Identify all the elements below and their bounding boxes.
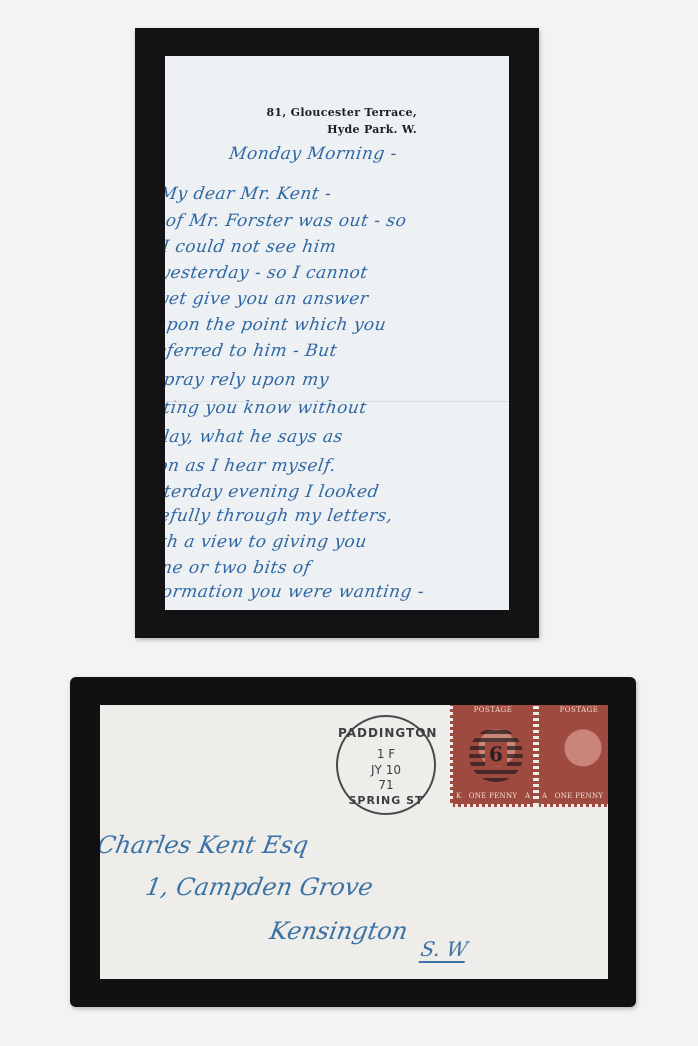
- body-line: pray rely upon my: [165, 370, 330, 390]
- stamp-top-text: POSTAGE: [453, 706, 533, 714]
- body-line: My dear Mr. Kent -: [165, 184, 333, 204]
- letter-paper: 81, Gloucester Terrace, Hyde Park. W. Mo…: [165, 56, 509, 610]
- fold-crease: [165, 401, 509, 403]
- postmark-town: PADDINGTON: [338, 726, 434, 740]
- envelope-paper: PADDINGTON 1 F JY 10 71 SPRING ST POSTAG…: [100, 705, 608, 979]
- body-line: the one or two bits of: [165, 558, 312, 578]
- postmark-date: JY 10: [338, 763, 434, 777]
- letterhead-line-1: 81, Gloucester Terrace,: [266, 104, 417, 121]
- mourning-envelope: PADDINGTON 1 F JY 10 71 SPRING ST POSTAG…: [70, 677, 636, 1007]
- body-line: I could not see him: [165, 237, 338, 257]
- postmark-code: 1 F: [338, 747, 434, 761]
- body-line: soon as I hear myself.: [165, 456, 337, 476]
- body-line: upon the point which you: [165, 315, 388, 335]
- body-line: information you were wanting -: [165, 582, 426, 602]
- address-line: S. W: [419, 937, 470, 963]
- body-line: delay, what he says as: [165, 427, 344, 447]
- dateline: Monday Morning -: [228, 144, 399, 164]
- body-line: referred to him - But: [165, 341, 338, 361]
- postmark: PADDINGTON 1 F JY 10 71 SPRING ST: [336, 715, 436, 815]
- numeral-cancel: 6: [469, 728, 523, 782]
- stamp-value-text: ONE PENNY: [539, 792, 608, 800]
- cancel-number: 6: [485, 742, 507, 766]
- body-line: Yesterday evening I looked: [165, 482, 380, 502]
- stamp-corner-letter: A: [525, 792, 530, 800]
- address-line: 1, Campden Grove: [143, 873, 375, 901]
- body-line: carefully through my letters,: [165, 506, 394, 526]
- address-line: Charles Kent Esq: [100, 831, 311, 859]
- letterhead-line-2: Hyde Park. W.: [266, 121, 417, 138]
- mourning-letter: 81, Gloucester Terrace, Hyde Park. W. Mo…: [135, 28, 539, 638]
- address-line: Kensington: [268, 917, 410, 945]
- body-line: with a view to giving you: [165, 532, 368, 552]
- penny-red-stamp: POSTAGE 6 K ONE PENNY A: [450, 705, 536, 807]
- penny-red-stamp: POSTAGE A ONE PENNY K: [536, 705, 608, 807]
- postmark-year: 71: [338, 778, 434, 792]
- body-line: of Mr. Forster was out - so: [165, 211, 408, 231]
- stamp-top-text: POSTAGE: [539, 706, 608, 714]
- body-line: yet give you an answer: [165, 289, 370, 309]
- postmark-office: SPRING ST: [338, 794, 434, 807]
- letterhead: 81, Gloucester Terrace, Hyde Park. W.: [266, 104, 417, 138]
- body-line: yesterday - so I cannot: [165, 263, 369, 283]
- stamp-value-text: ONE PENNY: [453, 792, 533, 800]
